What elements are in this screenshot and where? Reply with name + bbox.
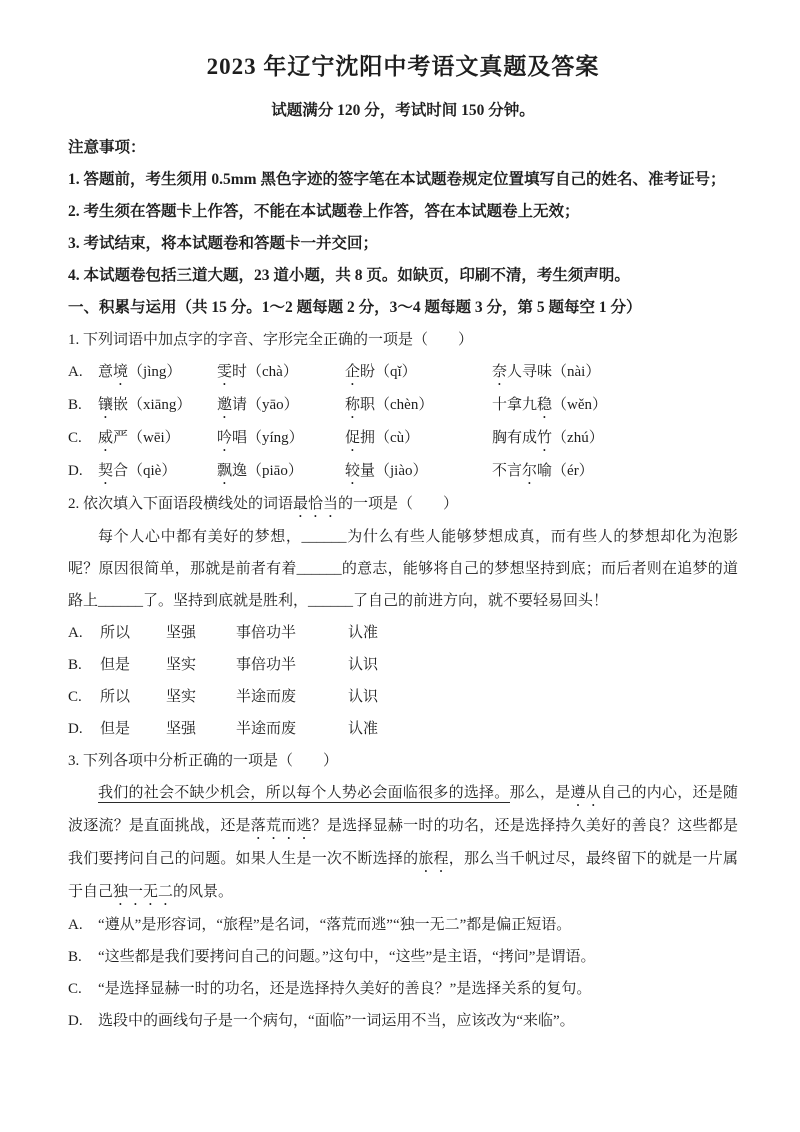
option-word: 雯时（chà） bbox=[217, 356, 345, 389]
q3-option-row-d: D. 选段中的画线句子是一个病句，“面临”一词运用不当，应该改为“来临”。 bbox=[68, 1005, 738, 1037]
option-word: 不言尔喻（ér） bbox=[492, 455, 738, 488]
q1-option-row-d: D. 契合（qiè） 飘逸（piāo） 较量（jiào） 不言尔喻（ér） bbox=[68, 455, 738, 488]
option-word: 镶嵌（xiāng） bbox=[98, 389, 217, 422]
notices-heading: 注意事项： bbox=[68, 132, 738, 164]
option-word: 认准 bbox=[348, 713, 738, 745]
option-word: 飘逸（piāo） bbox=[217, 455, 345, 488]
option-label: B. bbox=[68, 649, 100, 681]
q3-stem: 3. 下列各项中分析正确的一项是（ ） bbox=[68, 745, 738, 777]
q2-option-row-a: A. 所以 坚强 事倍功半 认准 bbox=[68, 617, 738, 649]
q1-stem: 1. 下列词语中加点字的字音、字形完全正确的一项是（ ） bbox=[68, 324, 738, 356]
q3-option-row-c: C. “是选择显赫一时的功名，还是选择持久美好的善良？”是选择关系的复句。 bbox=[68, 973, 738, 1005]
option-word: 坚强 bbox=[166, 617, 236, 649]
option-word: 事倍功半 bbox=[236, 617, 348, 649]
option-word: 促拥（cù） bbox=[345, 422, 492, 455]
q2-stem: 2. 依次填入下面语段横线处的词语最恰当的一项是（ ） bbox=[68, 488, 738, 521]
option-word: 坚实 bbox=[166, 649, 236, 681]
option-word: 所以 bbox=[100, 617, 166, 649]
option-word: 事倍功半 bbox=[236, 649, 348, 681]
option-label: B. bbox=[68, 389, 98, 422]
page-subtitle: 试题满分 120 分，考试时间 150 分钟。 bbox=[68, 100, 738, 122]
option-word: 吟唱（yíng） bbox=[217, 422, 345, 455]
notice-item-3: 3. 考试结束，将本试题卷和答题卡一并交回； bbox=[68, 228, 738, 260]
option-label: A. bbox=[68, 909, 98, 941]
notice-item-4: 4. 本试题卷包括三道大题，23 道小题，共 8 页。如缺页，印刷不清，考生须声… bbox=[68, 260, 738, 292]
q2-option-row-c: C. 所以 坚实 半途而废 认识 bbox=[68, 681, 738, 713]
q3-option-row-b: B. “这些都是我们要拷问自己的问题。”这句中，“这些”是主语，“拷问”是谓语。 bbox=[68, 941, 738, 973]
option-label: C. bbox=[68, 681, 100, 713]
option-label: D. bbox=[68, 1005, 98, 1037]
option-word: 半途而废 bbox=[236, 713, 348, 745]
option-label: C. bbox=[68, 973, 98, 1005]
option-word: 十拿九稳（wěn） bbox=[492, 389, 738, 422]
option-word: 邀请（yāo） bbox=[217, 389, 345, 422]
option-word: 认识 bbox=[348, 649, 738, 681]
q1-option-row-c: C. 威严（wēi） 吟唱（yíng） 促拥（cù） 胸有成竹（zhú） bbox=[68, 422, 738, 455]
option-word: 企盼（qǐ） bbox=[345, 356, 492, 389]
page-title: 2023 年辽宁沈阳中考语文真题及答案 bbox=[68, 52, 738, 82]
option-text: “是选择显赫一时的功名，还是选择持久美好的善良？”是选择关系的复句。 bbox=[98, 973, 591, 1005]
option-label: C. bbox=[68, 422, 98, 455]
option-word: 较量（jiào） bbox=[345, 455, 492, 488]
option-text: “遵从”是形容词，“旅程”是名词，“落荒而逃”“独一无二”都是偏正短语。 bbox=[98, 909, 571, 941]
option-text: “这些都是我们要拷问自己的问题。”这句中，“这些”是主语，“拷问”是谓语。 bbox=[98, 941, 595, 973]
option-word: 但是 bbox=[100, 713, 166, 745]
q1-option-row-a: A. 意境（jìng） 雯时（chà） 企盼（qǐ） 奈人寻味（nài） bbox=[68, 356, 738, 389]
option-word: 称职（chèn） bbox=[345, 389, 492, 422]
option-word: 威严（wēi） bbox=[98, 422, 217, 455]
q2-option-row-d: D. 但是 坚强 半途而废 认准 bbox=[68, 713, 738, 745]
exam-paper-page: 2023 年辽宁沈阳中考语文真题及答案 试题满分 120 分，考试时间 150 … bbox=[0, 0, 800, 1132]
option-word: 但是 bbox=[100, 649, 166, 681]
q3-passage: 我们的社会不缺少机会，所以每个人势必会面临很多的选择。那么，是遵从自己的内心，还… bbox=[68, 777, 738, 909]
notice-item-1: 1. 答题前，考生须用 0.5mm 黑色字迹的签字笔在本试题卷规定位置填写自己的… bbox=[68, 164, 738, 196]
notice-item-2: 2. 考生须在答题卡上作答，不能在本试题卷上作答，答在本试题卷上无效； bbox=[68, 196, 738, 228]
option-word: 胸有成竹（zhú） bbox=[492, 422, 738, 455]
option-label: D. bbox=[68, 713, 100, 745]
q2-passage: 每个人心中都有美好的梦想，______为什么有些人能够梦想成真，而有些人的梦想却… bbox=[68, 521, 738, 617]
option-word: 契合（qiè） bbox=[98, 455, 217, 488]
option-label: A. bbox=[68, 617, 100, 649]
section-heading: 一、积累与运用（共 15 分。1～2 题每题 2 分，3～4 题每题 3 分，第… bbox=[68, 292, 738, 324]
option-label: A. bbox=[68, 356, 98, 389]
q3-option-row-a: A. “遵从”是形容词，“旅程”是名词，“落荒而逃”“独一无二”都是偏正短语。 bbox=[68, 909, 738, 941]
option-word: 意境（jìng） bbox=[98, 356, 217, 389]
option-word: 认识 bbox=[348, 681, 738, 713]
option-word: 坚实 bbox=[166, 681, 236, 713]
option-word: 坚强 bbox=[166, 713, 236, 745]
option-word: 所以 bbox=[100, 681, 166, 713]
option-text: 选段中的画线句子是一个病句，“面临”一词运用不当，应该改为“来临”。 bbox=[98, 1005, 575, 1037]
option-word: 认准 bbox=[348, 617, 738, 649]
option-label: D. bbox=[68, 455, 98, 488]
option-label: B. bbox=[68, 941, 98, 973]
option-word: 奈人寻味（nài） bbox=[492, 356, 738, 389]
q2-option-row-b: B. 但是 坚实 事倍功半 认识 bbox=[68, 649, 738, 681]
q1-option-row-b: B. 镶嵌（xiāng） 邀请（yāo） 称职（chèn） 十拿九稳（wěn） bbox=[68, 389, 738, 422]
option-word: 半途而废 bbox=[236, 681, 348, 713]
